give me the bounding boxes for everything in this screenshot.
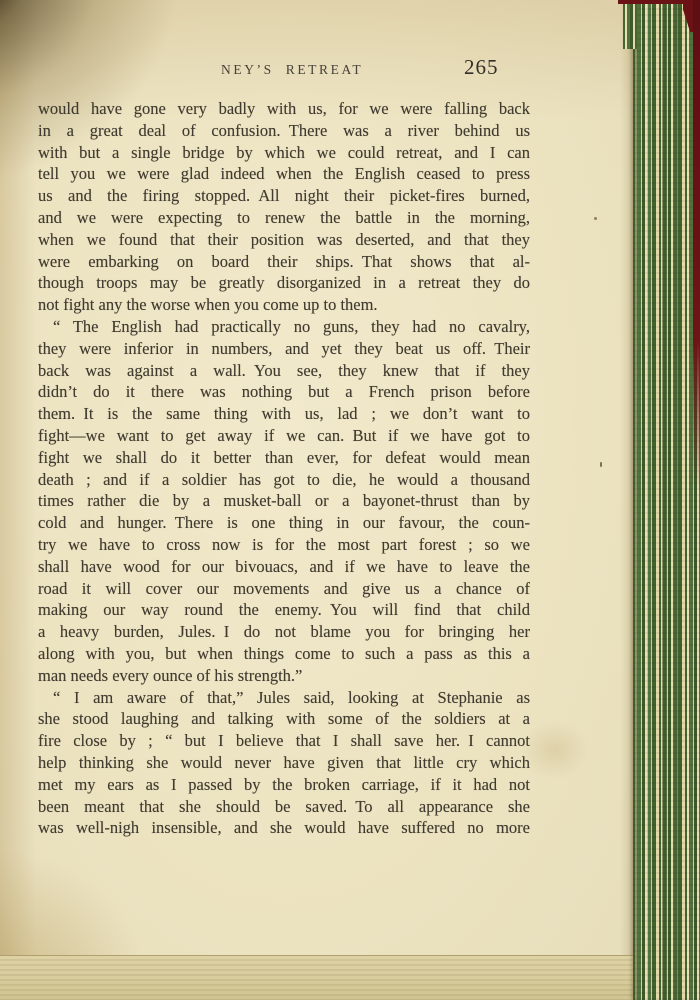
text-line: would have gone very badly with us, for … <box>38 98 530 120</box>
text-line: not fight any the worse when you come up… <box>38 294 530 316</box>
text-line: cold and hunger. There is one thing in o… <box>38 512 530 534</box>
text-line: a heavy burden, Jules. I do not blame yo… <box>38 621 530 643</box>
text-line: man needs every ounce of his strength.” <box>38 665 530 687</box>
bottom-page-edges <box>0 955 636 1000</box>
text-line: making our way round the enemy. You will… <box>38 599 530 621</box>
page-text: would have gone very badly with us, for … <box>38 98 530 839</box>
text-line: “ The English had practically no guns, t… <box>38 316 530 338</box>
text-line: met my ears as I passed by the broken ca… <box>38 774 530 796</box>
text-line: fight we shall do it better than ever, f… <box>38 447 530 469</box>
text-line: “ I am aware of that,” Jules said, looki… <box>38 687 530 709</box>
text-line: been meant that she should be saved. To … <box>38 796 530 818</box>
text-line: she stood laughing and talking with some… <box>38 708 530 730</box>
running-title: NEY’S RETREAT <box>221 62 363 78</box>
text-line: death ; and if a soldier has got to die,… <box>38 469 530 491</box>
text-line: though troops may be greatly disorganize… <box>38 272 530 294</box>
book-photo: NEY’S RETREAT 265 would have gone very b… <box>0 0 700 1000</box>
text-line: and we were expecting to renew the battl… <box>38 207 530 229</box>
text-line: when we found that their position was de… <box>38 229 530 251</box>
text-line: us and the firing stopped. All night the… <box>38 185 530 207</box>
text-line: was well-nigh insensible, and she would … <box>38 817 530 839</box>
paper-stain <box>520 720 590 780</box>
text-line: fight—we want to get away if we can. But… <box>38 425 530 447</box>
ink-speck <box>600 462 602 467</box>
fore-edge-stripes <box>633 0 700 1000</box>
text-line: with but a single bridge by which we cou… <box>38 142 530 164</box>
page-number: 265 <box>464 55 499 80</box>
fore-edge-step <box>623 3 637 49</box>
text-line: shall have wood for our bivouacs, and if… <box>38 556 530 578</box>
text-line: fire close by ; “ but I believe that I s… <box>38 730 530 752</box>
ink-speck <box>594 217 597 220</box>
text-line: in a great deal of confusion. There was … <box>38 120 530 142</box>
text-line: were embarking on board their ships. Tha… <box>38 251 530 273</box>
text-line: they were inferior in numbers, and yet t… <box>38 338 530 360</box>
text-line: along with you, but when things come to … <box>38 643 530 665</box>
text-line: tell you we were glad indeed when the En… <box>38 163 530 185</box>
text-line: help thinking she would never have given… <box>38 752 530 774</box>
text-line: back was against a wall. You see, they k… <box>38 360 530 382</box>
cover-edge-right <box>693 0 700 490</box>
text-line: road it will cover our movements and giv… <box>38 578 530 600</box>
text-line: them. It is the same thing with us, lad … <box>38 403 530 425</box>
text-line: try we have to cross now is for the most… <box>38 534 530 556</box>
text-line: times rather die by a musket-ball or a b… <box>38 490 530 512</box>
book-page: NEY’S RETREAT 265 would have gone very b… <box>0 0 636 1000</box>
text-line: didn’t do it there was nothing but a Fre… <box>38 381 530 403</box>
